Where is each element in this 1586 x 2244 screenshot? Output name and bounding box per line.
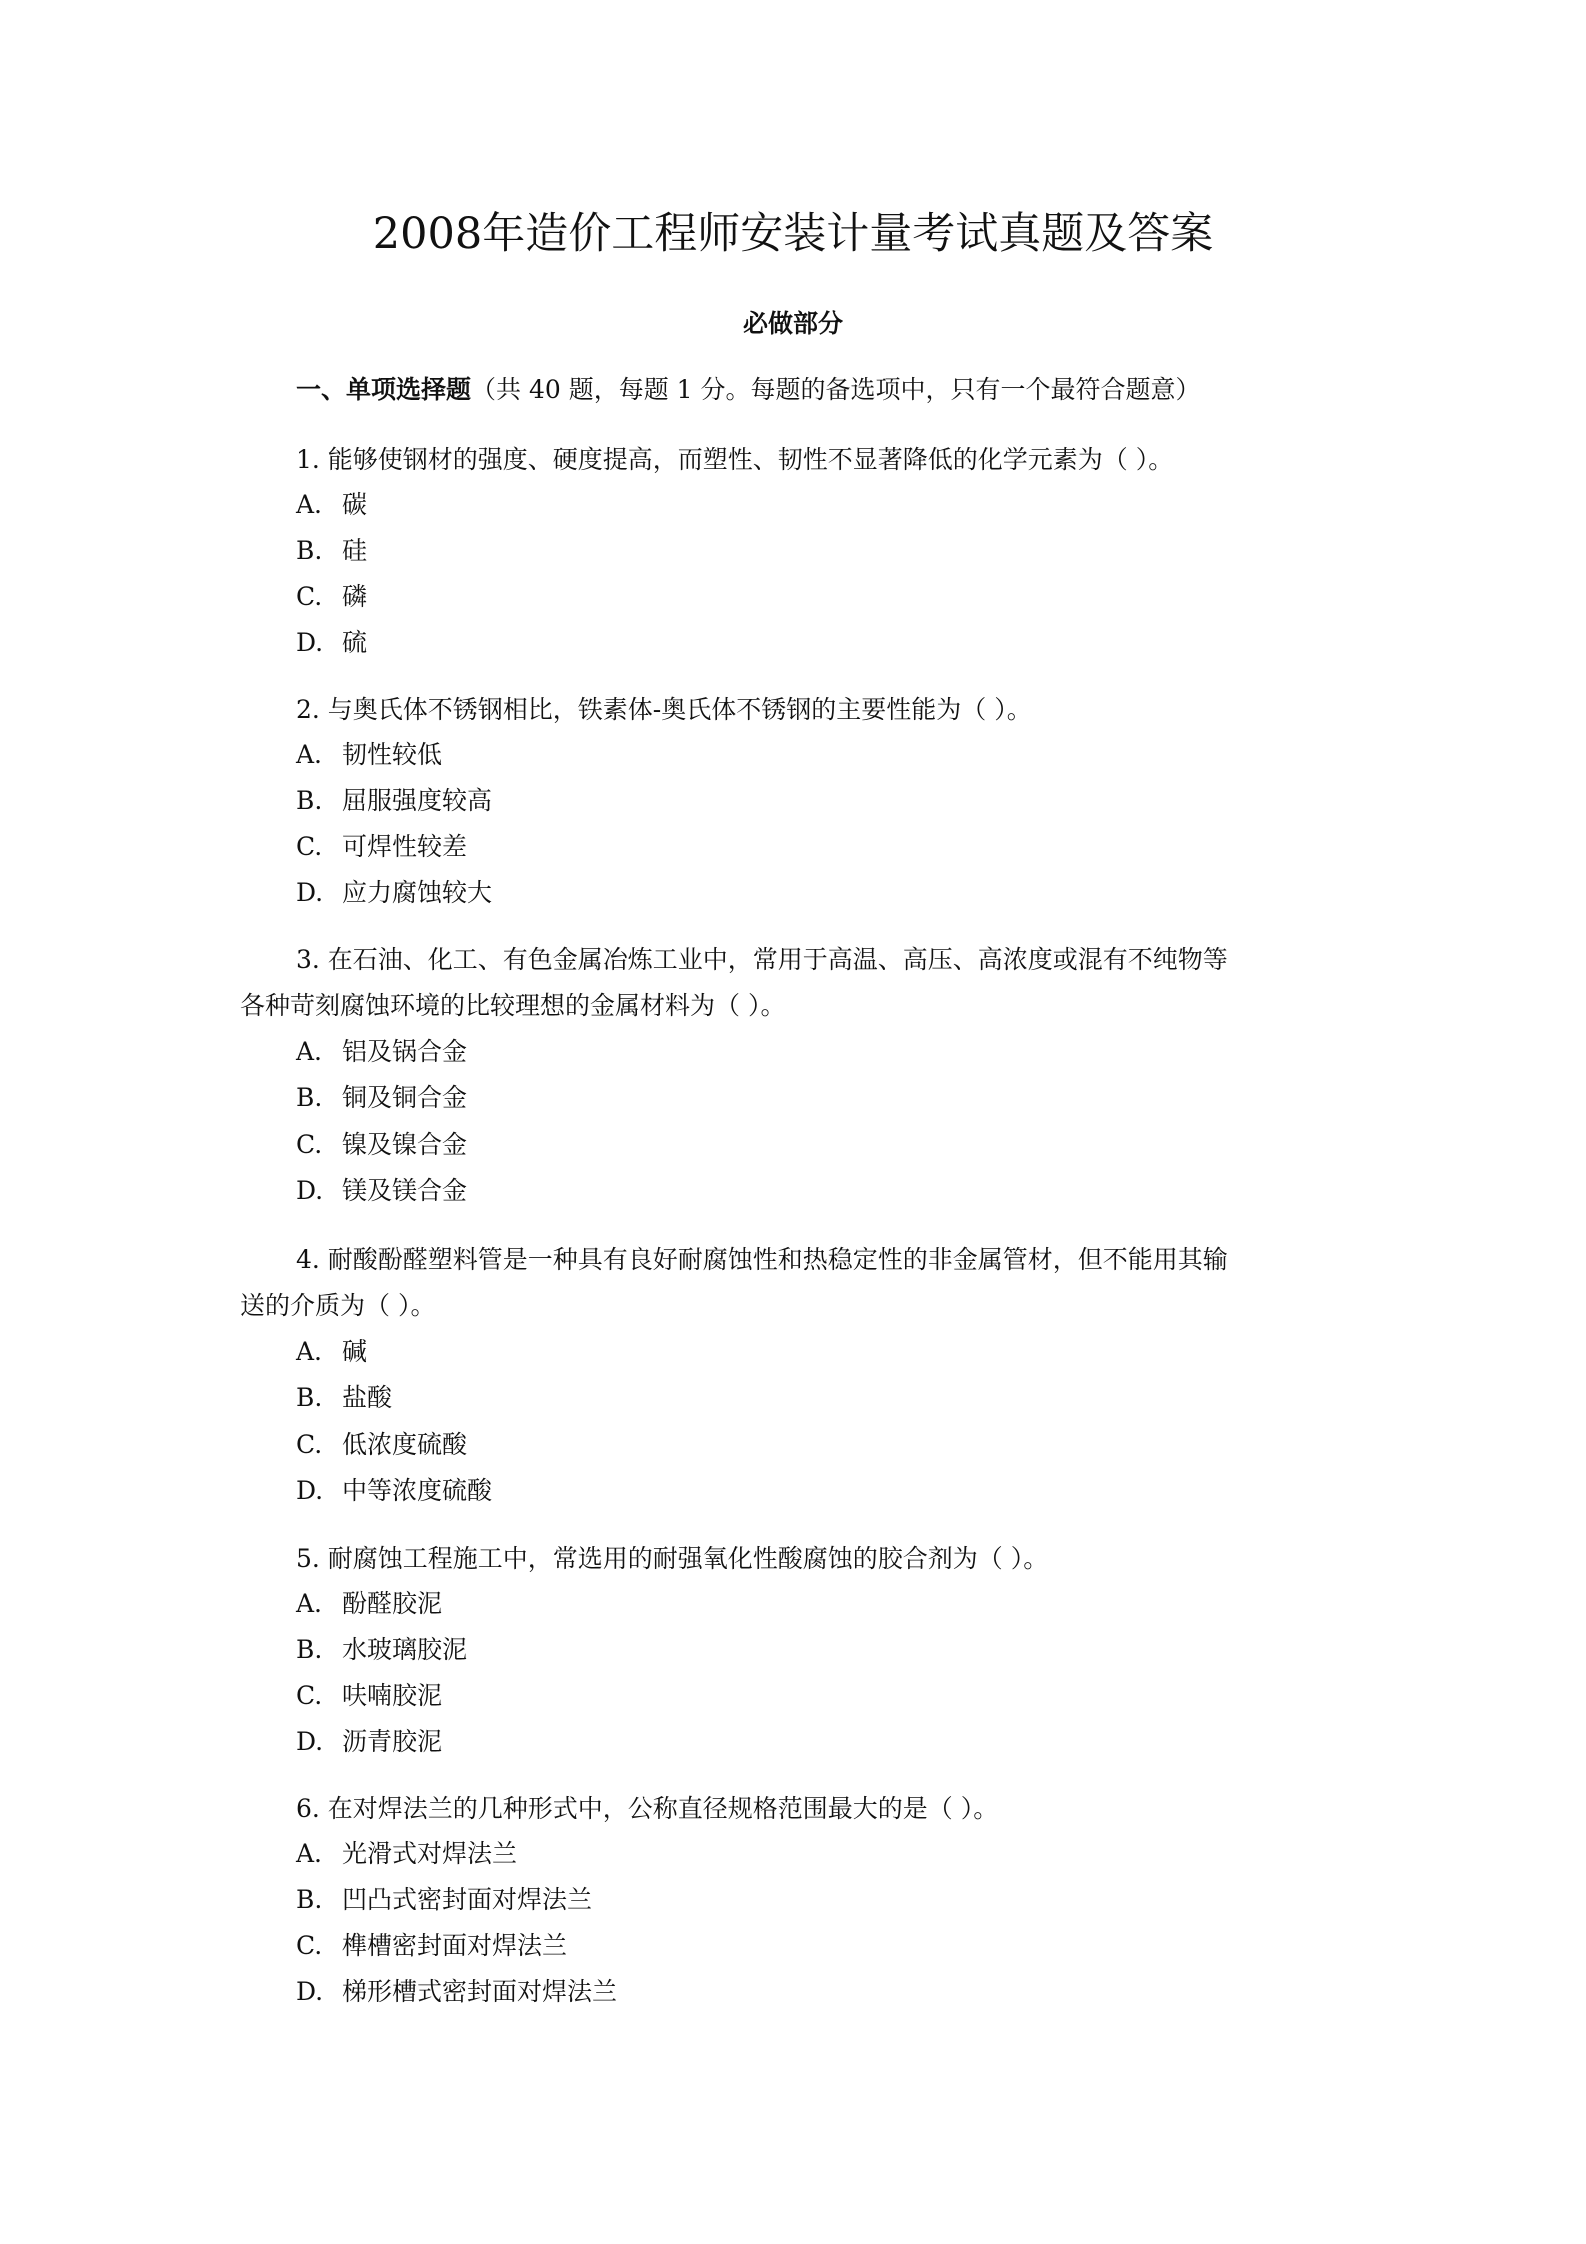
question-1-option-d: D.硫 <box>296 625 367 661</box>
option-letter: A. <box>296 1836 342 1872</box>
option-letter: D. <box>296 1473 342 1509</box>
question-5-stem: 5. 耐腐蚀工程施工中，常选用的耐强氧化性酸腐蚀的胶合剂为（ ）。 <box>296 1541 1048 1577</box>
option-letter: C. <box>296 1928 342 1964</box>
option-text: 镍及镍合金 <box>342 1130 467 1159</box>
question-2-option-c: C.可焊性较差 <box>296 829 467 865</box>
question-3-stem: 3. 在石油、化工、有色金属冶炼工业中，常用于高温、高压、高浓度或混有不纯物等 <box>296 942 1228 978</box>
document-title: 2008年造价工程师安装计量考试真题及答案 <box>0 206 1586 262</box>
option-text: 中等浓度硫酸 <box>342 1476 492 1505</box>
option-text: 硫 <box>342 628 367 657</box>
question-3-stem-continued: 各种苛刻腐蚀环境的比较理想的金属材料为（ ）。 <box>240 988 785 1024</box>
question-6-option-c: C.榫槽密封面对焊法兰 <box>296 1928 567 1964</box>
option-letter: C. <box>296 1427 342 1463</box>
option-text: 盐酸 <box>342 1383 392 1412</box>
option-letter: B. <box>296 1080 342 1116</box>
option-letter: C. <box>296 1678 342 1714</box>
question-4-stem: 4. 耐酸酚醛塑料管是一种具有良好耐腐蚀性和热稳定性的非金属管材，但不能用其输 <box>296 1242 1228 1278</box>
option-letter: D. <box>296 1724 342 1760</box>
option-text: 榫槽密封面对焊法兰 <box>342 1931 567 1960</box>
option-text: 水玻璃胶泥 <box>342 1635 467 1664</box>
option-letter: A. <box>296 737 342 773</box>
section-heading-label: 一、单项选择题 <box>296 375 471 404</box>
question-3-option-a: A.铝及锅合金 <box>296 1034 467 1070</box>
question-1-option-a: A.碳 <box>296 487 367 523</box>
question-4-option-a: A.碱 <box>296 1334 367 1370</box>
question-2-option-d: D.应力腐蚀较大 <box>296 875 492 911</box>
question-2-option-b: B.屈服强度较高 <box>296 783 492 819</box>
option-letter: A. <box>296 487 342 523</box>
question-3-option-c: C.镍及镍合金 <box>296 1127 467 1163</box>
section-heading-note: （共 40 题，每题 1 分。每题的备选项中，只有一个最符合题意） <box>471 375 1201 404</box>
option-letter: A. <box>296 1334 342 1370</box>
option-text: 凹凸式密封面对焊法兰 <box>342 1885 592 1914</box>
question-2-option-a: A.韧性较低 <box>296 737 442 773</box>
option-text: 低浓度硫酸 <box>342 1430 467 1459</box>
option-text: 屈服强度较高 <box>342 786 492 815</box>
option-text: 可焊性较差 <box>342 832 467 861</box>
option-letter: D. <box>296 875 342 911</box>
question-4-option-c: C.低浓度硫酸 <box>296 1427 467 1463</box>
option-text: 呋喃胶泥 <box>342 1681 442 1710</box>
question-1-option-c: C.磷 <box>296 579 367 615</box>
question-6-option-b: B.凹凸式密封面对焊法兰 <box>296 1882 592 1918</box>
question-5-option-b: B.水玻璃胶泥 <box>296 1632 467 1668</box>
section-heading: 一、单项选择题（共 40 题，每题 1 分。每题的备选项中，只有一个最符合题意） <box>296 372 1201 408</box>
document-page: 2008年造价工程师安装计量考试真题及答案 必做部分 一、单项选择题（共 40 … <box>0 0 1586 2244</box>
question-1-stem: 1. 能够使钢材的强度、硬度提高，而塑性、韧性不显著降低的化学元素为（ ）。 <box>296 442 1173 478</box>
option-letter: B. <box>296 1882 342 1918</box>
question-6-option-d: D.梯形槽式密封面对焊法兰 <box>296 1974 617 2010</box>
question-5-option-c: C.呋喃胶泥 <box>296 1678 442 1714</box>
question-4-option-b: B.盐酸 <box>296 1380 392 1416</box>
option-text: 铜及铜合金 <box>342 1083 467 1112</box>
question-5-option-d: D.沥青胶泥 <box>296 1724 442 1760</box>
option-text: 光滑式对焊法兰 <box>342 1839 517 1868</box>
option-text: 沥青胶泥 <box>342 1727 442 1756</box>
question-6-option-a: A.光滑式对焊法兰 <box>296 1836 517 1872</box>
option-letter: A. <box>296 1034 342 1070</box>
option-text: 酚醛胶泥 <box>342 1589 442 1618</box>
option-text: 梯形槽式密封面对焊法兰 <box>342 1977 617 2006</box>
option-text: 碳 <box>342 490 367 519</box>
option-letter: C. <box>296 579 342 615</box>
option-text: 镁及镁合金 <box>342 1176 467 1205</box>
question-2-stem: 2. 与奥氏体不锈钢相比，铁素体-奥氏体不锈钢的主要性能为（ ）。 <box>296 692 1032 728</box>
option-letter: A. <box>296 1586 342 1622</box>
question-6-stem: 6. 在对焊法兰的几种形式中，公称直径规格范围最大的是（ ）。 <box>296 1791 998 1827</box>
question-4-option-d: D.中等浓度硫酸 <box>296 1473 492 1509</box>
option-letter: D. <box>296 1173 342 1209</box>
question-3-option-b: B.铜及铜合金 <box>296 1080 467 1116</box>
document-subtitle: 必做部分 <box>0 306 1586 342</box>
option-letter: D. <box>296 625 342 661</box>
option-text: 应力腐蚀较大 <box>342 878 492 907</box>
question-5-option-a: A.酚醛胶泥 <box>296 1586 442 1622</box>
option-text: 磷 <box>342 582 367 611</box>
option-text: 硅 <box>342 536 367 565</box>
option-text: 韧性较低 <box>342 740 442 769</box>
question-1-option-b: B.硅 <box>296 533 367 569</box>
option-text: 铝及锅合金 <box>342 1037 467 1066</box>
option-text: 碱 <box>342 1337 367 1366</box>
option-letter: B. <box>296 1632 342 1668</box>
option-letter: C. <box>296 829 342 865</box>
option-letter: B. <box>296 783 342 819</box>
question-3-option-d: D.镁及镁合金 <box>296 1173 467 1209</box>
option-letter: B. <box>296 1380 342 1416</box>
option-letter: B. <box>296 533 342 569</box>
question-4-stem-continued: 送的介质为（ ）。 <box>240 1288 435 1324</box>
option-letter: D. <box>296 1974 342 2010</box>
option-letter: C. <box>296 1127 342 1163</box>
